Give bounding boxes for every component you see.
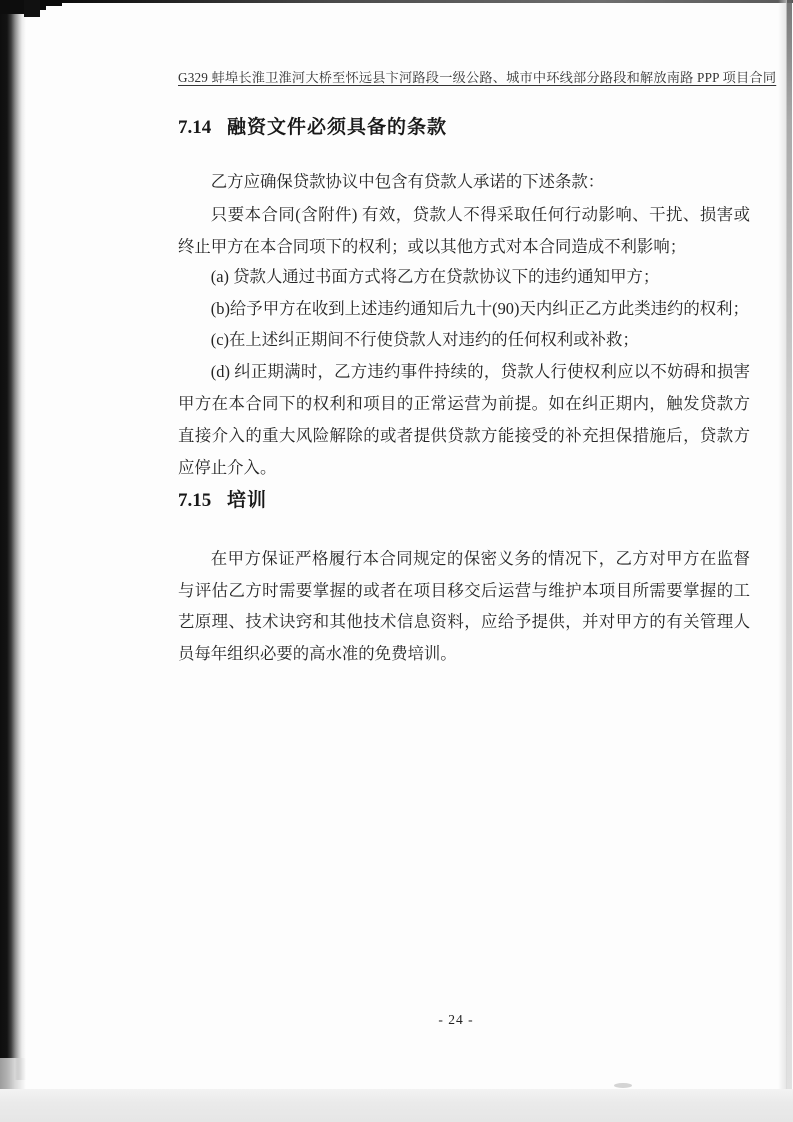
running-header-text: G329 蚌埠长淮卫淮河大桥至怀远县卞河路段一级公路、城市中环线部分路段和解放南… [178,70,776,85]
paragraph-training: 在甲方保证严格履行本合同规定的保密义务的情况下，乙方对甲方在监督与评估乙方时需要… [178,543,750,669]
scanned-contract-page: G329 蚌埠长淮卫淮河大桥至怀远县卞河路段一级公路、城市中环线部分路段和解放南… [0,0,793,1122]
list-item-a: (a) 贷款人通过书面方式将乙方在贷款协议下的违约通知甲方； [178,261,750,293]
section-heading-7-15: 7.15 培训 [178,485,267,512]
section-heading-7-14: 7.14 融资文件必须具备的条款 [178,112,447,139]
section-number-7-14: 7.14 [178,117,211,138]
scan-edge-left [0,0,26,1080]
scan-smudge [614,1083,632,1088]
running-header: G329 蚌埠长淮卫淮河大桥至怀远县卞河路段一级公路、城市中环线部分路段和解放南… [178,67,748,86]
scan-edge-right-soft [778,0,787,1092]
section-number-7-15: 7.15 [178,490,211,511]
list-item-d: (d) 纠正期满时，乙方违约事件持续的，贷款人行使权利应以不妨碍和损害甲方在本合… [178,356,750,484]
section-title-7-14: 融资文件必须具备的条款 [227,117,447,138]
paragraph-condition: 只要本合同(含附件) 有效，贷款人不得采取任何行动影响、干扰、损害或终止甲方在本… [178,199,750,263]
scan-edge-top [0,0,793,3]
scan-corner-blob [24,0,40,17]
section-title-7-15: 培训 [227,490,267,511]
list-item-c: (c)在上述纠正期间不行使贷款人对违约的任何权利或补救； [178,324,750,356]
list-item-b: (b)给予甲方在收到上述违约通知后九十(90)天内纠正乙方此类违约的权利； [178,293,750,325]
scan-band-bottom [0,1089,793,1122]
paragraph-intro: 乙方应确保贷款协议中包含有贷款人承诺的下述条款： [178,166,750,198]
page-number: - 24 - [168,1012,744,1028]
